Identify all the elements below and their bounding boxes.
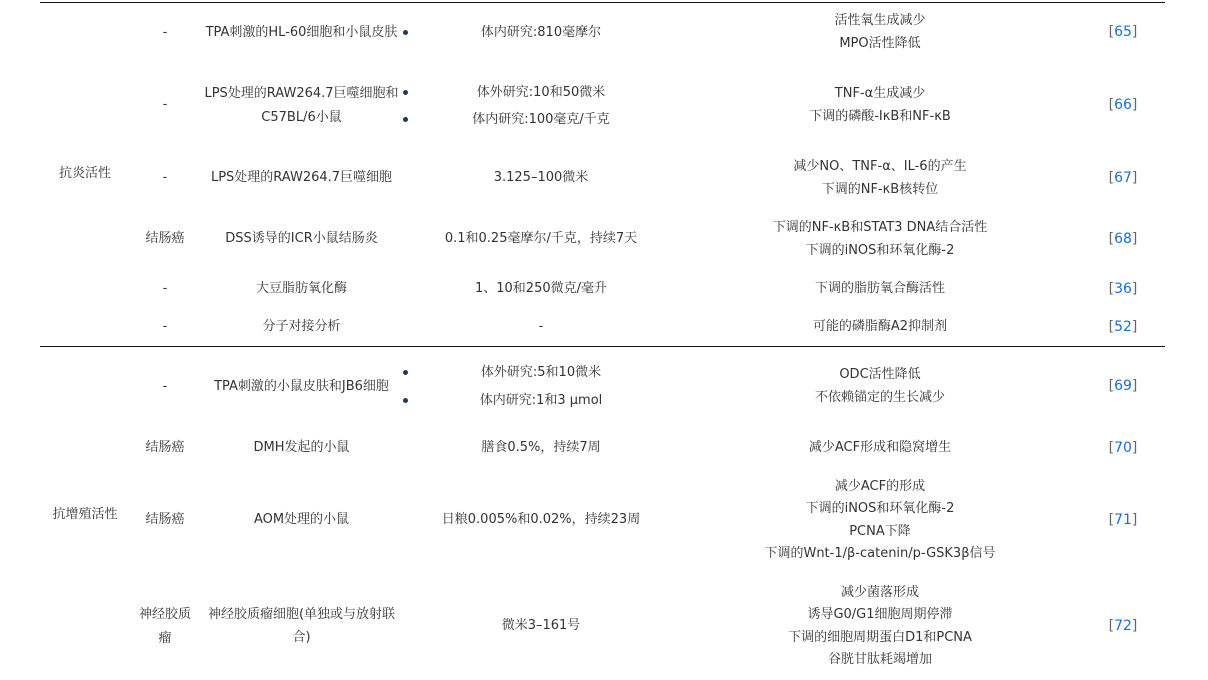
reference-cell: [69] xyxy=(1081,347,1165,427)
disease-cell: 结肠癌 xyxy=(130,209,200,271)
model-cell: DMH发起的小鼠 xyxy=(200,427,403,471)
table-row: - 分子对接分析 - 可能的磷脂酶A2抑制剂 [52] xyxy=(40,309,1165,347)
model-cell: 分子对接分析 xyxy=(200,309,403,347)
model-cell: TPA刺激的HL-60细胞和小鼠皮肤 xyxy=(200,3,403,63)
reference-link[interactable]: [68] xyxy=(1109,231,1138,247)
disease-cell: - xyxy=(130,63,200,149)
disease-cell: - xyxy=(130,309,200,347)
reference-link[interactable]: [72] xyxy=(1109,618,1138,634)
bullet-icon xyxy=(403,370,408,375)
reference-cell: [67] xyxy=(1081,149,1165,209)
reference-link[interactable]: [66] xyxy=(1109,97,1138,113)
dose-cell: 日粮0.005%和0.02%，持续23周 xyxy=(403,471,679,571)
reference-cell: [36] xyxy=(1081,271,1165,309)
table-row: - LPS处理的RAW264.7巨噬细胞 3.125–100微米 减少NO、TN… xyxy=(40,149,1165,209)
bullet-icon xyxy=(403,117,408,122)
reference-link[interactable]: [67] xyxy=(1109,170,1138,186)
effects-cell: 减少菌落形成 诱导G0/G1细胞周期停滞 下调的细胞周期蛋白D1和PCNA 谷胱… xyxy=(679,571,1081,680)
reference-cell: [52] xyxy=(1081,309,1165,347)
disease-cell: 结肠癌 xyxy=(130,427,200,471)
effects-cell: 下调的脂肪氧合酶活性 xyxy=(679,271,1081,309)
dose-cell: 1、10和250微克/毫升 xyxy=(403,271,679,309)
effects-cell: 活性氧生成减少 MPO活性降低 xyxy=(679,3,1081,63)
table-row: 结肠癌 DSS诱导的ICR小鼠结肠炎 0.1和0.25毫摩尔/千克，持续7天 下… xyxy=(40,209,1165,271)
reference-link[interactable]: [65] xyxy=(1109,24,1138,40)
disease-cell: - xyxy=(130,149,200,209)
table-row: - 大豆脂肪氧化酶 1、10和250微克/毫升 下调的脂肪氧合酶活性 [36] xyxy=(40,271,1165,309)
dose-list: 体外研究:10和50微米 体内研究:100毫克/千克 xyxy=(403,79,679,133)
effects-cell: TNF-α生成减少 下调的磷酸-IκB和NF-κB xyxy=(679,63,1081,149)
effects-cell: 减少NO、TNF-α、IL-6的产生 下调的NF-κB核转位 xyxy=(679,149,1081,209)
model-cell: 神经胶质瘤细胞(单独或与放射联合) xyxy=(200,571,403,680)
table-row: 抗增殖活性 - TPA刺激的小鼠皮肤和JB6细胞 体外研究:5和10微米 体内研… xyxy=(40,347,1165,427)
model-cell: DSS诱导的ICR小鼠结肠炎 xyxy=(200,209,403,271)
dose-cell: 体外研究:5和10微米 体内研究:1和3 μmol xyxy=(403,347,679,427)
reference-cell: [66] xyxy=(1081,63,1165,149)
model-cell: LPS处理的RAW264.7巨噬细胞和 C57BL/6小鼠 xyxy=(200,63,403,149)
dose-list: 体内研究:810毫摩尔 xyxy=(403,19,679,46)
reference-link[interactable]: [69] xyxy=(1109,378,1138,394)
dose-cell: 膳食0.5%，持续7周 xyxy=(403,427,679,471)
model-cell: TPA刺激的小鼠皮肤和JB6细胞 xyxy=(200,347,403,427)
disease-cell: - xyxy=(130,347,200,427)
group-anti-inflammatory: 抗炎活性 - TPA刺激的HL-60细胞和小鼠皮肤 体内研究:810毫摩尔 活性… xyxy=(40,3,1165,347)
table-row: 结肠癌 DMH发起的小鼠 膳食0.5%，持续7周 减少ACF形成和隐窝增生 [7… xyxy=(40,427,1165,471)
effects-cell: ODC活性降低 不依赖锚定的生长减少 xyxy=(679,347,1081,427)
table-row: 结肠癌 AOM处理的小鼠 日粮0.005%和0.02%，持续23周 减少ACF的… xyxy=(40,471,1165,571)
dose-cell: 0.1和0.25毫摩尔/千克，持续7天 xyxy=(403,209,679,271)
effects-cell: 减少ACF的形成 下调的iNOS和环氧化酶-2 PCNA下降 下调的Wnt-1/… xyxy=(679,471,1081,571)
bullet-icon xyxy=(403,30,408,35)
group-anti-proliferative: 抗增殖活性 - TPA刺激的小鼠皮肤和JB6细胞 体外研究:5和10微米 体内研… xyxy=(40,347,1165,680)
activity-cell: 抗增殖活性 xyxy=(40,347,130,680)
table-row: 神经胶质瘤 神经胶质瘤细胞(单独或与放射联合) 微米3–161号 减少菌落形成 … xyxy=(40,571,1165,680)
bullet-icon xyxy=(403,398,408,403)
table-row: - LPS处理的RAW264.7巨噬细胞和 C57BL/6小鼠 体外研究:10和… xyxy=(40,63,1165,149)
disease-cell: - xyxy=(130,271,200,309)
dose-cell: 3.125–100微米 xyxy=(403,149,679,209)
activity-label: 抗炎活性 xyxy=(59,166,111,181)
model-cell: AOM处理的小鼠 xyxy=(200,471,403,571)
activity-cell: 抗炎活性 xyxy=(40,3,130,347)
dose-item: 体外研究:10和50微米 xyxy=(403,79,679,106)
reference-link[interactable]: [71] xyxy=(1109,512,1138,528)
dose-cell: 体内研究:810毫摩尔 xyxy=(403,3,679,63)
dose-cell: 体外研究:10和50微米 体内研究:100毫克/千克 xyxy=(403,63,679,149)
disease-cell: 神经胶质瘤 xyxy=(130,571,200,680)
dose-item: 体外研究:5和10微米 xyxy=(403,359,679,387)
dose-cell: 微米3–161号 xyxy=(403,571,679,680)
reference-cell: [65] xyxy=(1081,3,1165,63)
effects-cell: 下调的NF-κB和STAT3 DNA结合活性 下调的iNOS和环氧化酶-2 xyxy=(679,209,1081,271)
disease-cell: 结肠癌 xyxy=(130,471,200,571)
dose-item: 体内研究:100毫克/千克 xyxy=(403,106,679,133)
reference-cell: [72] xyxy=(1081,571,1165,680)
reference-cell: [70] xyxy=(1081,427,1165,471)
effects-cell: 可能的磷脂酶A2抑制剂 xyxy=(679,309,1081,347)
reference-link[interactable]: [52] xyxy=(1109,319,1138,335)
disease-cell: - xyxy=(130,3,200,63)
model-cell: 大豆脂肪氧化酶 xyxy=(200,271,403,309)
table-row: 抗炎活性 - TPA刺激的HL-60细胞和小鼠皮肤 体内研究:810毫摩尔 活性… xyxy=(40,3,1165,63)
reference-cell: [68] xyxy=(1081,209,1165,271)
dose-item: 体内研究:810毫摩尔 xyxy=(403,19,679,46)
dose-cell: - xyxy=(403,309,679,347)
dose-item: 体内研究:1和3 μmol xyxy=(403,387,679,415)
effects-cell: 减少ACF形成和隐窝增生 xyxy=(679,427,1081,471)
dose-list: 体外研究:5和10微米 体内研究:1和3 μmol xyxy=(403,359,679,415)
activity-table: 抗炎活性 - TPA刺激的HL-60细胞和小鼠皮肤 体内研究:810毫摩尔 活性… xyxy=(40,2,1165,680)
reference-link[interactable]: [70] xyxy=(1109,440,1138,456)
reference-link[interactable]: [36] xyxy=(1109,281,1138,297)
reference-cell: [71] xyxy=(1081,471,1165,571)
bullet-icon xyxy=(403,90,408,95)
activity-label: 抗增殖活性 xyxy=(52,507,117,522)
model-cell: LPS处理的RAW264.7巨噬细胞 xyxy=(200,149,403,209)
